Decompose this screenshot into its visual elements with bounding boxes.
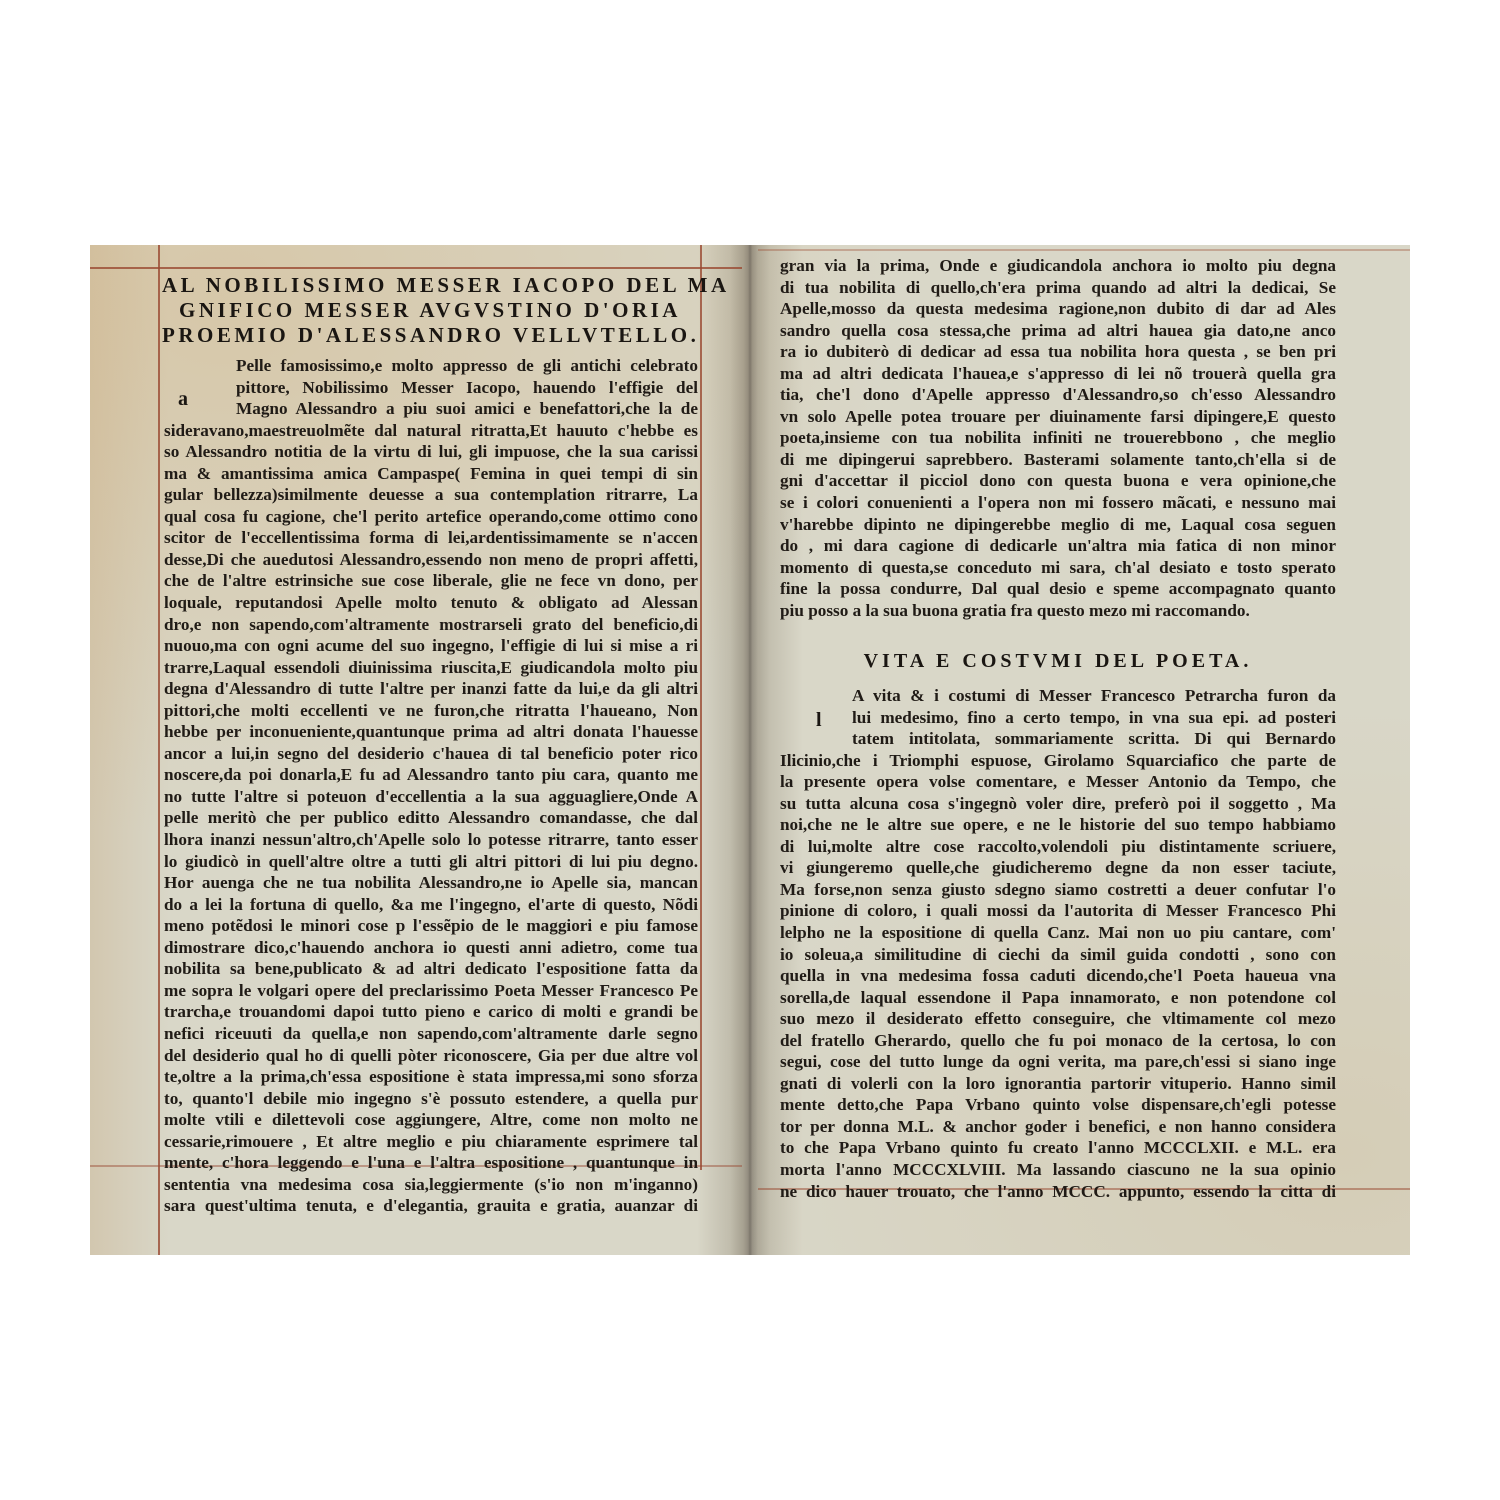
text-line: qual cosa fu cagione, che'l perito artef…	[164, 506, 698, 528]
text-line: tia, che'l dono d'Apelle appresso d'Ales…	[780, 384, 1336, 406]
dedication-body: Pelle famosissimo,e molto appresso de gl…	[164, 355, 698, 1217]
text-line: to che Papa Vrbano quinto fu creato l'an…	[780, 1137, 1336, 1159]
text-line: io soleua,a similitudine di ciechi da si…	[780, 944, 1336, 966]
text-line: to, quanto'l debile mio ingegno s'è poss…	[164, 1088, 698, 1110]
text-line: scitor de l'eccellentissima forma di lei…	[164, 527, 698, 549]
text-line: cessarie,rimouere , Et altre meglio e pi…	[164, 1131, 698, 1153]
text-line: desse,Di che auedutosi Alessandro,essend…	[164, 549, 698, 571]
text-line: se i colori conuenienti a l'opera non mi…	[780, 492, 1336, 514]
text-line: lo giudicò in quell'altre oltre a tutti …	[164, 851, 698, 873]
text-line: lelpho ne la espositione di quella Canz.…	[780, 922, 1336, 944]
text-line: del fratello Gherardo, quello che fu poi…	[780, 1030, 1336, 1052]
left-page: AL NOBILISSIMO MESSER IACOPO DEL MA GNIF…	[90, 245, 742, 1255]
text-line: te,oltre a la prima,ch'essa espositione …	[164, 1066, 698, 1088]
text-line: meno potẽdosi le minori cose p l'essẽpio…	[164, 915, 698, 937]
heading-line: PROEMIO D'ALESSANDRO VELLVTELLO.	[162, 323, 698, 348]
heading-line: GNIFICO MESSER AVGVSTINO D'ORIA	[162, 298, 698, 323]
text-line: Ma forse,non senza giusto sdegno siamo c…	[780, 879, 1336, 901]
text-line: pinione di coloro, i quali mossi da l'au…	[780, 900, 1336, 922]
text-line: do a lei la fortuna di quello, &a me l'i…	[164, 894, 698, 916]
heading-line: AL NOBILISSIMO MESSER IACOPO DEL MA	[162, 273, 698, 298]
text-line: su tutta alcuna cosa s'ingegnò voler dir…	[780, 793, 1336, 815]
text-line: tatem intitolata, sommariamente scritta.…	[780, 728, 1336, 750]
text-line: no tutte l'altre si poteuon d'eccellenti…	[164, 786, 698, 808]
top-rule	[90, 267, 742, 269]
text-line: sandro quella cosa stessa,che prima ad a…	[780, 320, 1336, 342]
text-line: molte vtili e dilettevoli cose aggiunger…	[164, 1109, 698, 1131]
text-line: noi,che ne le altre sue opere, e ne le h…	[780, 814, 1336, 836]
biography-body: A vita & i costumi di Messer Francesco P…	[780, 685, 1336, 1202]
text-line: Pelle famosissimo,e molto appresso de gl…	[164, 355, 698, 377]
text-line: suo mezo il desiderato effetto conseguir…	[780, 1008, 1336, 1030]
text-line: quella in vna medesima fossa caduti dice…	[780, 965, 1336, 987]
text-line: trarcha,e trouandomi dapoi tutto pieno e…	[164, 1001, 698, 1023]
text-line: vi giungeremo quelle,che giudicheremo de…	[780, 857, 1336, 879]
text-line: do , mi dara cagione di dedicarle un'alt…	[780, 535, 1336, 557]
text-line: pittori,che molti eccellenti ve ne furon…	[164, 700, 698, 722]
text-line: poeta,insieme con tua nobilita infiniti …	[780, 427, 1336, 449]
text-line: di me dipingerui saprebbero. Basterami s…	[780, 449, 1336, 471]
text-line: di tua nobilita di quello,ch'era prima q…	[780, 277, 1336, 299]
text-line: me sopra le volgari opere del preclariss…	[164, 980, 698, 1002]
text-line: la presente opera volse comentare, e Mes…	[780, 771, 1336, 793]
text-line: dro,e non sapendo,com'altramente mostrar…	[164, 614, 698, 636]
text-line: ra io dubiterò di dedicar ad essa tua no…	[780, 341, 1336, 363]
text-line: nefici riceuuti da quella,e non sapendo,…	[164, 1023, 698, 1045]
text-line: pelle meritò che per publico editto Ales…	[164, 807, 698, 829]
text-line: v'harebbe dipinto ne dipingerebbe meglio…	[780, 514, 1336, 536]
text-line: fine la possa condurre, Dal qual desio e…	[780, 578, 1336, 600]
text-line: so Alessandro notitia de la virtu di lui…	[164, 441, 698, 463]
text-line: mente detto,che Papa Vrbano quinto volse…	[780, 1094, 1336, 1116]
right-page: gran via la prima, Onde e giudicandola a…	[758, 245, 1410, 1255]
text-line: nuouo,ma con ogni acume del suo ingegno,…	[164, 635, 698, 657]
text-line: hebbe per inconueniente,quantunque prima…	[164, 721, 698, 743]
text-line: del desiderio qual ho di quelli pòter ri…	[164, 1045, 698, 1067]
text-line: sententia vna medesima cosa sia,leggierm…	[164, 1174, 698, 1196]
top-rule	[758, 249, 1410, 251]
right-margin-rule	[700, 245, 702, 1170]
text-line: sorella,de laqual essendone il Papa inna…	[780, 987, 1336, 1009]
text-line: segui, cose del tutto lunge da ogni veri…	[780, 1051, 1336, 1073]
left-margin-rule	[158, 245, 160, 1255]
text-line: lhora inanzi nessun'altro,ch'Apelle solo…	[164, 829, 698, 851]
book-spread: AL NOBILISSIMO MESSER IACOPO DEL MA GNIF…	[90, 245, 1410, 1255]
text-line: morta l'anno MCCCXLVIII. Ma lassando cia…	[780, 1159, 1336, 1181]
text-line: nobilita sa bene,publicato & ad altri de…	[164, 958, 698, 980]
text-line: tor per donna M.L. & anchor goder i bene…	[780, 1116, 1336, 1138]
text-line: Ilicinio,che i Triomphi espuose, Girolam…	[780, 750, 1336, 772]
text-line: noscere,da poi donarla,E fu ad Alessandr…	[164, 764, 698, 786]
section-heading: VITA E COSTVMI DEL POETA.	[780, 650, 1336, 673]
text-line: gran via la prima, Onde e giudicandola a…	[780, 255, 1336, 277]
text-line: che de l'altre estrinsiche sue cose libe…	[164, 570, 698, 592]
text-line: lui medesimo, fino a certo tempo, in vna…	[780, 707, 1336, 729]
text-line: momento di questa,se conceduto mi sara, …	[780, 557, 1336, 579]
text-line: mente, c'hora leggendo e l'una e l'altra…	[164, 1152, 698, 1174]
text-line: ma & amantissima amica Campaspe( Femina …	[164, 463, 698, 485]
text-line: ancor a lui,in segno del desiderio c'hau…	[164, 743, 698, 765]
text-line: Magno Alessandro a piu suoi amici e bene…	[164, 398, 698, 420]
text-line: piu posso a la sua buona gratia fra ques…	[780, 600, 1336, 622]
text-line: trarre,Laqual essendoli diuinissima rius…	[164, 657, 698, 679]
text-line: gular bellezza)similmente deuesse a sua …	[164, 484, 698, 506]
text-line: ne dico hauer trouato, che l'anno MCCC. …	[780, 1181, 1336, 1203]
dedication-heading: AL NOBILISSIMO MESSER IACOPO DEL MA GNIF…	[162, 273, 698, 348]
text-line: pittore, Nobilissimo Messer Iacopo, haue…	[164, 377, 698, 399]
dedication-continuation: gran via la prima, Onde e giudicandola a…	[780, 255, 1336, 621]
text-line: sara quest'ultima tenuta, e d'elegantia,…	[164, 1195, 698, 1217]
text-line: degna d'Alessandro di tutte l'altre per …	[164, 678, 698, 700]
text-line: dimostrare dico,c'hauendo anchora io que…	[164, 937, 698, 959]
text-line: sideravano,maestreuolmẽte dal natural ri…	[164, 420, 698, 442]
text-line: Apelle,mosso da questa medesima ragione,…	[780, 298, 1336, 320]
text-line: gni d'accettar il picciol dono con quest…	[780, 470, 1336, 492]
text-line: A vita & i costumi di Messer Francesco P…	[780, 685, 1336, 707]
text-line: di lui,molte altre cose raccolto,volendo…	[780, 836, 1336, 858]
text-line: Hor auenga che ne tua nobilita Alessandr…	[164, 872, 698, 894]
text-line: ma ad altri dedicata l'hauea,e s'appress…	[780, 363, 1336, 385]
text-line: vn solo Apelle potea trouare per diuinam…	[780, 406, 1336, 428]
text-line: loquale, reputandosi Apelle molto tenuto…	[164, 592, 698, 614]
text-line: gnati di volerli con la loro ignorantia …	[780, 1073, 1336, 1095]
